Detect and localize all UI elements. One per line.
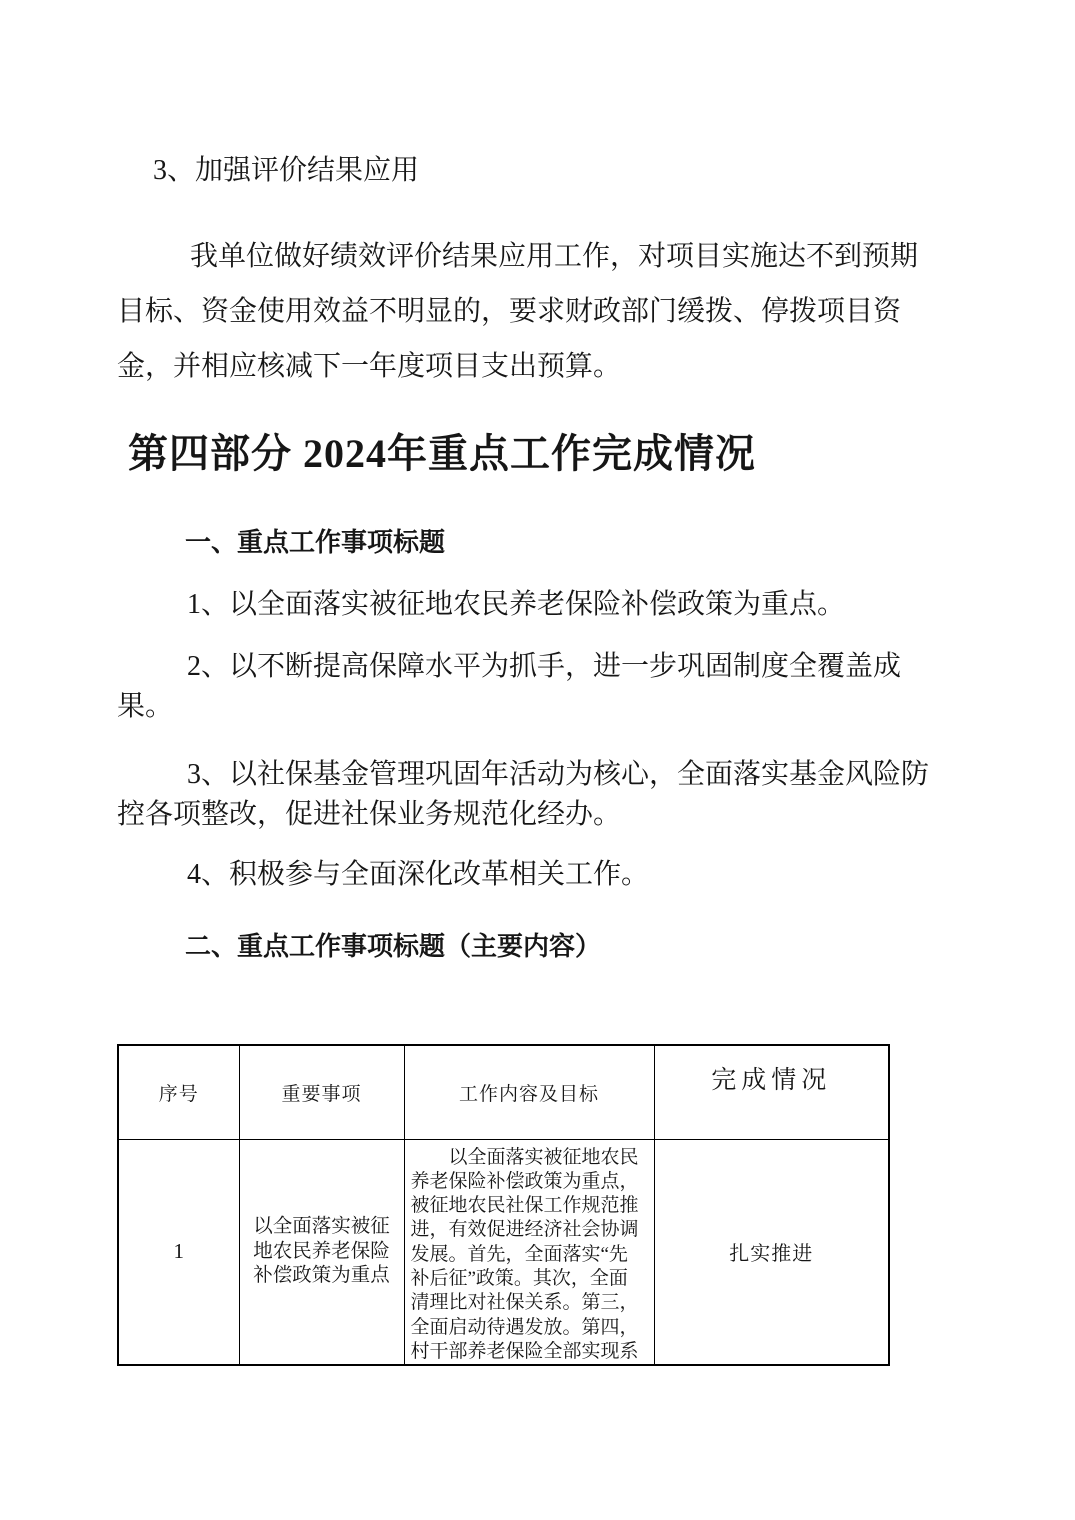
col-header-index: 序号: [118, 1045, 239, 1139]
section-heading-one: 一、重点工作事项标题: [185, 527, 445, 557]
work-item-3: 3、以社保基金管理巩固年活动为核心，全面落实基金风险防 控各项整改，促进社保业务…: [117, 755, 1052, 835]
col-header-content: 工作内容及目标: [404, 1045, 654, 1139]
col-header-item: 重要事项: [239, 1045, 404, 1139]
document-page: 3、加强评价结果应用 我单位做好绩效评价结果应用工作，对项目实施达不到预期 目标…: [0, 0, 1075, 1520]
cell-content: 以全面落实被征地农民 养老保险补偿政策为重点， 被征地农民社保工作规范推 进，有…: [404, 1139, 654, 1365]
work-item-1: 1、以全面落实被征地农民养老保险补偿政策为重点。: [117, 585, 1052, 625]
cell-row-index: 1: [118, 1139, 239, 1365]
part-title: 第四部分 2024年重点工作完成情况: [128, 430, 756, 478]
work-table: 序号 重要事项 工作内容及目标 完成情况 1 以全面落实被征 地农民养老保险 补…: [117, 1044, 890, 1366]
section-heading-two-text: 二、重点工作事项标题: [185, 931, 445, 961]
cell-status: 扎实推进: [654, 1139, 889, 1365]
section-heading-two: 二、重点工作事项标题（主要内容）: [185, 931, 601, 961]
table-row: 1 以全面落实被征 地农民养老保险 补偿政策为重点 以全面落实被征地农民 养老保…: [118, 1139, 889, 1365]
subsection-heading: 3、加强评价结果应用: [153, 154, 419, 188]
col-header-status: 完成情况: [654, 1045, 889, 1139]
work-item-4: 4、积极参与全面深化改革相关工作。: [117, 855, 1052, 895]
table-header-row: 序号 重要事项 工作内容及目标 完成情况: [118, 1045, 889, 1139]
body-paragraph: 我单位做好绩效评价结果应用工作，对项目实施达不到预期 目标、资金使用效益不明显的…: [117, 229, 1052, 394]
work-item-2: 2、以不断提高保障水平为抓手，进一步巩固制度全覆盖成 果。: [117, 647, 1052, 727]
cell-item: 以全面落实被征 地农民养老保险 补偿政策为重点: [239, 1139, 404, 1365]
section-heading-two-paren: （主要内容）: [445, 931, 601, 961]
